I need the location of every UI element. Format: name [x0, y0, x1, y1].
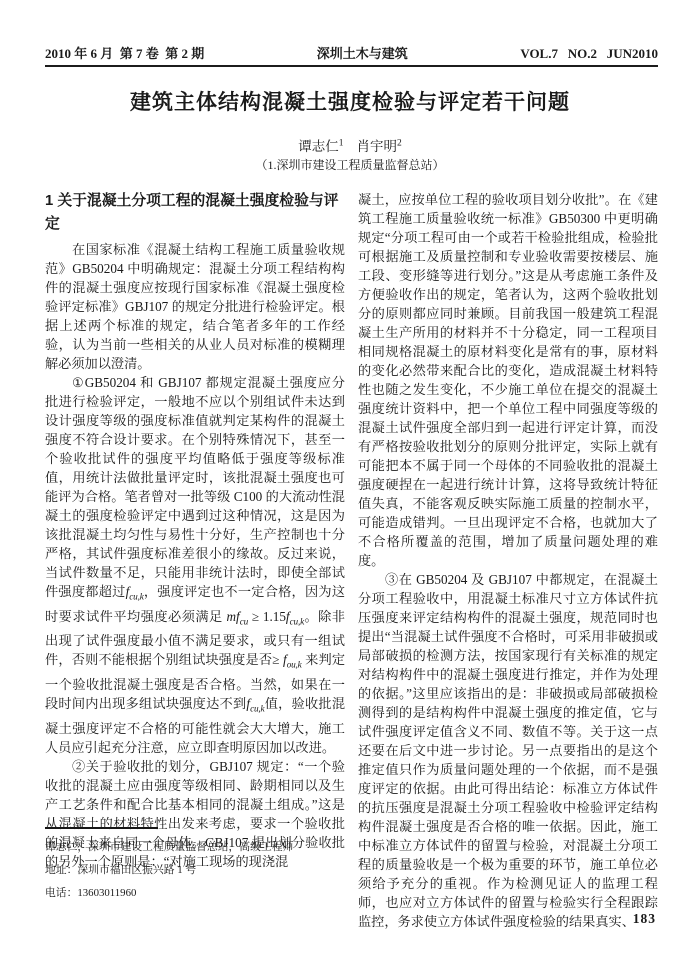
math-expression: fcu,k — [286, 609, 304, 624]
math-expression: fou,k — [283, 652, 302, 667]
author-footnote: 谭志仁，深圳市建设工程质量监督总站，高级工程师 地址：深圳市福田区振兴路 1 号… — [45, 827, 345, 905]
page-number: 183 — [633, 911, 656, 927]
scanned-paper-page: 2010 年 6 月 第 7 卷 第 2 期 深圳土木与建筑 VOL.7 NO.… — [0, 0, 700, 965]
header-volume-info: VOL.7 NO.2 JUN2010 — [520, 46, 658, 62]
paragraph-point-2-continued: 凝土，应按单位工程的验收项目划分收批”。在《建筑工程施工质量验收统一标准》GB5… — [358, 190, 658, 570]
math-expression: fcu,k — [246, 696, 264, 711]
math-expression: fcu,k — [126, 584, 144, 599]
paragraph-point-1: ①GB50204 和 GBJ107 都规定混凝土强度应分批进行检验评定，一般地不… — [45, 373, 345, 757]
affiliation-line: （1.深圳市建设工程质量监督总站） — [0, 156, 700, 173]
header-journal-name: 深圳土木与建筑 — [317, 43, 408, 62]
two-column-body: 1 关于混凝土分项工程的混凝土强度检验与评定 在国家标准《混凝土结构工程施工质量… — [45, 190, 658, 929]
author-1-name: 谭志仁 — [298, 139, 339, 154]
journal-header: 2010 年 6 月 第 7 卷 第 2 期 深圳土木与建筑 VOL.7 NO.… — [45, 43, 658, 67]
section-1-heading: 1 关于混凝土分项工程的混凝土强度检验与评定 — [45, 190, 345, 236]
header-issue-date: 2010 年 6 月 第 7 卷 第 2 期 — [45, 43, 204, 62]
paragraph-point-3: ③在 GB50204 及 GBJ107 中都规定，在混凝土分项工程验收中，用混凝… — [358, 570, 658, 929]
author-1-superscript: 1 — [339, 139, 344, 149]
math-expression: mfcu — [227, 609, 249, 624]
authors-line: 谭志仁1肖宇明2 — [0, 135, 700, 155]
footnote-phone-line: 电话：13603011960 — [45, 882, 345, 905]
footnote-rule — [45, 827, 158, 829]
article-title: 建筑主体结构混凝土强度检验与评定若干问题 — [0, 86, 700, 116]
footnote-address-line: 地址：深圳市福田区振兴路 1 号 — [45, 859, 345, 882]
footnote-author-line: 谭志仁，深圳市建设工程质量监督总站，高级工程师 — [45, 836, 345, 859]
right-column: 凝土，应按单位工程的验收项目划分收批”。在《建筑工程施工质量验收统一标准》GB5… — [358, 190, 658, 929]
paragraph-intro: 在国家标准《混凝土结构工程施工质量验收规范》GB50204 中明确规定：混凝土分… — [45, 240, 345, 373]
author-2-name: 肖宇明 — [357, 139, 398, 154]
author-2-superscript: 2 — [397, 139, 402, 149]
left-column: 1 关于混凝土分项工程的混凝土强度检验与评定 在国家标准《混凝土结构工程施工质量… — [45, 190, 345, 929]
